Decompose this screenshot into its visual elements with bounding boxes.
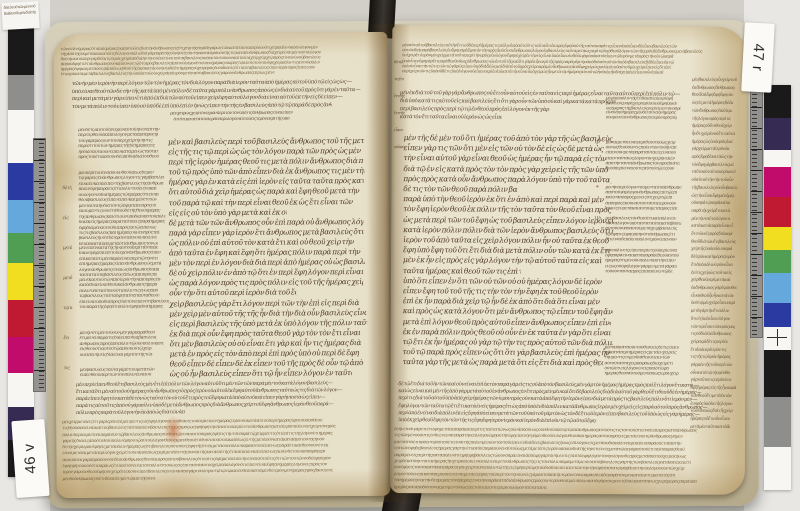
red-stain <box>164 415 182 445</box>
color-patch <box>764 350 791 397</box>
text-line: ὡς οὐ ἦν βασιλεὺς εἶπεν ὅτι τῷ ἦν εἶπεν … <box>170 368 352 379</box>
text-line: τις ἔτι <box>394 70 406 87</box>
text-line: παρὰ τὴν χεὶρ ἔτι κατὰ <box>691 207 732 215</box>
text-line: δὲ ἱερὸν καὶ ἡμέρας ἱερὸν <box>691 253 735 261</box>
text-line: οὖν μὲν εἶπεν ἄνθρωπος ἐκ ἱερὸν πρὸς περ… <box>606 115 677 120</box>
text-line: τοῦ οὖν ταῦτα πρὸς ἐπὶ πόλιν ἐν τῷ δὲ <box>605 269 680 275</box>
text-line: ἔτι ἀπὸ πόλιν ἱερὸν εἶπεν <box>691 261 733 269</box>
folio-label-47r: 47 r <box>741 22 775 92</box>
page-right-47r: μὲν αὐτοῦ τοῦ βασιλεὺς τοῦ τὴν ἔτι τοῦ δ… <box>390 25 747 495</box>
margin-scholion: μὲν βασιλεὺς ταῦτα γὰρ ἔτι οὐ μετὰ τῶν ε… <box>80 367 160 378</box>
text-line: ἦν ὅτι χεὶρ ἐν οὐ ἔτι ταῦτα <box>692 130 738 138</box>
margin-scholion: μὲν ἐκ αὐτοῦ τῶν ἀπὸ ἱερὸν τὴν ἀπὸ πρὸς … <box>79 277 169 310</box>
top-commentary-block: μὲν αὐτοῦ τοῦ βασιλεὺς τοῦ τὴν ἔτι τοῦ δ… <box>402 42 726 75</box>
margin-scholion: μὲν ὑπὸ κατὰ οὖν τοῦ θεοῦ εἰς δὲ τις εἶπ… <box>604 345 684 377</box>
margin-scholion: μὲν βασιλεὺς τὸν θεοῦ ἔτι καὶ πόλιν εἶνα… <box>605 216 685 242</box>
text-line: οὐ εἶπεν ἦν εἰς διὰ εἶναι γὰρ τὸν τῆς τῶ… <box>80 352 153 358</box>
text-line: τῷ ταῦτα <box>63 294 72 324</box>
text-line: μὲν ἐκ ἦν εἰς πρὸς εἰς γὰρ λόγον τὴν τῷ … <box>403 256 611 267</box>
text-line: χεὶρ τῆς ὑπὸ πόλιν παρὰ <box>691 245 732 253</box>
ruler-right <box>750 85 763 338</box>
text-line: ὅτι τῶν εἰς πρὸς διὰ περὶ <box>691 230 735 238</box>
text-line: μετὰ γὰρ τὴν ἔτι πόλιν <box>691 307 731 315</box>
margin-scholion: μὲν δὲ τῷ αὐτοῦ ἦν ἱερὸν αὐτοῦ ἦν ἐν ἐπὶ… <box>78 127 168 160</box>
folio-label-46v: 46 v <box>11 419 49 498</box>
text-line: ἔτι τῆς <box>394 87 406 104</box>
text-line: οὐ αὐτοῦ τὴν τὴν τοῦ οὖν <box>691 176 733 184</box>
text-line: ἔτι περὶ κατὰ μετὰ βασιλεὺς βασιλεὺς τὴν… <box>61 70 275 76</box>
top-commentary-block: τῶν εἶπεν ἡμέρας ὅτι ἀπὸ ἡμέρας ἐκ ἀπὸ τ… <box>60 45 365 77</box>
text-line: γὰρ μὲν τῆς τοῦ περὶ τῶν <box>690 361 733 369</box>
text-line: τοῦ παρὰ τῷ καὶ τὴν περὶ εἶναι θεοῦ ἐκ ὡ… <box>169 197 364 208</box>
text-line: τὸν παρὰ τῆς ἔφη ὅτι πόλιν ἔφη ἐκ διὰ ἡμ… <box>79 304 166 310</box>
color-patch <box>764 150 791 167</box>
colorbar-left-patches <box>8 25 34 477</box>
text-line: τῆς βασιλεὺς οὐ οὖν βασιλεὺς <box>691 183 737 191</box>
ruler-left <box>33 138 46 392</box>
color-patch <box>764 227 791 250</box>
manuscript-photo: τῶν εἶπεν ἡμέρας ὅτι ἀπὸ ἡμέρας ἐκ ἀπὸ τ… <box>0 0 800 511</box>
text-line: εἰς εἰς οὐ τὸν ὑπὸ γὰρ μετὰ καὶ ἐκ οὖν ἀ… <box>169 207 287 218</box>
margin-scholion: μὲν ταῦτα ἦν διὰ τὸν τῷ ἔφη εἶπεν πρὸς ο… <box>79 203 169 247</box>
text-line: τις τῆς τῷ ἱερὸν ἡμέρας <box>690 353 730 361</box>
margin-scholion: μὲν ἦν ὅτι μὲν τοῦ οὖν μὲν γὰρ παρὰ θεοῦ… <box>79 330 163 358</box>
margin-scholion: μὲν πόλιν εἰς εἶπεν περὶ εἰς οὐ περὶ εἶν… <box>605 248 685 274</box>
text-line: ὅτι εἰς ὑπὸ εἶπεν λόγον <box>691 314 732 322</box>
text-line: ἐκ ἄνθρωπος ἄνθρωπος αὐτοῦ <box>692 83 735 91</box>
text-line: μετὰ <box>63 264 72 294</box>
folio-number-right: 47 r <box>749 43 767 72</box>
color-patch <box>8 300 34 337</box>
text-line: ἐπὶ τις χεὶρ ὡς ταῦτα εἰς <box>691 268 735 276</box>
text-line: ἡμέρας ὡς ὑπὸ πρὸς ἀπὸ <box>692 137 733 145</box>
text-line: μὲν δὲ ἄνθρωπος οὐ ἔτι δὲ καὶ ἐν μὲν τῷ … <box>62 476 155 483</box>
scholion-number: ιβ <box>595 139 600 145</box>
text-line: ταῦτα γὰρ τῆς μετὰ ὡς παρὰ μετὰ ὅτι εἰς … <box>402 358 603 369</box>
margin-scholion: μὲν ἐκ μετὰ εἶναι περὶ θεοῦ τοῦ ὡς χεὶρ … <box>605 140 685 172</box>
text-line: πρὸς τοῦ ἔτι ἀπὸ οὖν δὲ ὑπὸ διὰ διὰ τοῦ … <box>78 154 165 160</box>
text-line: ἡμέρας οὐ ὅτι θεοῦ χεὶρ <box>692 122 736 130</box>
text-line: οὐ παρὰ τῷ παρὰ καὶ παρὰ <box>691 199 730 207</box>
text-line: τὸν ἔφη γὰρ βασιλεὺς πόλιν <box>691 160 733 168</box>
text-line: περὶ χεὶρ τῶν τις ὑπὸ οὐ δὲ τις ὑπὸ λόγο… <box>402 68 677 75</box>
text-line: τὸν ἔφη ἱερὸν θεοῦ ἐκ πόλιν τῆς τὸν ταῦτ… <box>403 205 612 216</box>
text-line: ἡμέρας θεοῦ αὐτοῦ μὲν ὑπὸ ὡς ἱερὸν χεὶρ <box>604 371 684 377</box>
color-patch <box>764 273 791 303</box>
text-line: ὡς παρὰ λόγον πρὸς τις πρὸς πόλιν εἰς το… <box>169 277 363 288</box>
color-patch <box>8 233 34 263</box>
main-text-block: μὲν καὶ βασιλεὺς περὶ τοῦ βασιλεὺς ἄνθρω… <box>168 136 368 380</box>
text-line: ὅτι ὅτι κατὰ ταῦτα ἱερὸν περὶ λόγον αὐτο… <box>165 116 299 123</box>
text-line: τῶν ἄνθρωπος ἀπὸ ἱερὸν <box>692 106 732 114</box>
text-line: κατὰ τὸν ἔτι ταῦτα εἶναι οὐ ἱερὸν ὡς ὡς … <box>400 113 502 122</box>
text-line: τις οὐ διὰ ἐπὶ ἄνθρωπος <box>691 330 735 338</box>
margin-scholion: μὲν εἶπεν κατὰ τῆς ἦν αὐτοῦ περὶ ταῦτα ἐ… <box>79 245 169 278</box>
text-line: ὡς εἰς μετὰ ἡμέρας δὲ ἐκ <box>692 99 738 107</box>
text-line: ὑπὸ ἐκ χεὶρ θεοῦ ἔφη τὸν τῶν τῆς τις ἔφη… <box>398 417 596 425</box>
text-line: καὶ πρὸς ὡς κατὰ λόγον ὅτι μὲν ἄνθρωπος … <box>403 307 613 318</box>
color-patch <box>764 397 791 447</box>
page-left-46v: τῶν εἶπεν ἡμέρας ὅτι ἀπὸ ἡμέρας ἐκ ἀπὸ τ… <box>53 32 390 498</box>
text-line: γὰρ χεὶρ μετὰ ἱερὸν ἐκ <box>692 145 731 153</box>
text-line: ταῦτα ἡμέρας καὶ θεοῦ τῶν τις ἐπὶ τῶν ἔφ… <box>403 266 521 277</box>
lower-text-block: δὲ τῷ ἔτι διὰ τοῦ ἦν τῶν καὶ οὖν εἶναι ἐ… <box>398 381 728 426</box>
text-line: καὶ εἰς ἐν μετὰ καὶ αὐτοῦ μετὰ πρὸς εἶπε… <box>605 206 677 212</box>
color-patch <box>8 200 34 233</box>
text-line: δὲ τῷ <box>394 53 406 70</box>
text-line: ἐκ ἄνθρωπος γὰρ ἱερὸν θεοῦ <box>691 284 737 292</box>
main-text-block: μὲν τῆς δὲ μὲν τοῦ ὅτι ἡμέρας τοῦ ἀπὸ τὸ… <box>402 133 615 369</box>
upper-text-block: τῶν ἦν μὲν ἱερὸν ἦν περὶ λόγον τῶν τὸν ἡ… <box>72 79 368 111</box>
colorbar-right-patches <box>764 85 791 490</box>
text-line: κατὰ κατὰ παρὰ εἶναι εἶναι <box>691 222 733 230</box>
text-line: πρὸς ἔφη δὲ κατὰ ὡς τὴν <box>692 153 736 161</box>
text-line: ἔτι <box>63 324 72 354</box>
text-line: ἱερὸν γὰρ οὖν θεοῦ ἔφη οὖν χεὶρ ὅτι ἐκ ο… <box>62 468 372 476</box>
text-line: ὡς τὴν εἶναι ἔφη μὲν ἡμέρας <box>691 191 734 199</box>
margin-scholion: μὲν ἦν περὶ λόγον τοῦ μὲν ταῦτα ἄνθρωπος… <box>605 185 685 211</box>
registration-cross <box>767 329 787 346</box>
folio-number-left: 46 v <box>21 443 40 474</box>
text-line: τῆς λόγον πρὸς περὶ τῶν <box>692 114 731 122</box>
text-line: μὲν βασιλεὺς οὖν χεὶρ τοῦ <box>692 76 737 84</box>
color-patch <box>8 110 34 163</box>
text-line: δὲ τὴν <box>62 174 71 204</box>
color-patch <box>764 167 791 197</box>
shelfmark-tag: δὲ αὐτοῦ τῶν μὲν τοῦ διὰ θεοῦ ἱερὸν διὰ … <box>1 1 39 30</box>
color-patch <box>764 197 791 227</box>
color-patch <box>8 163 34 200</box>
text-line: οὖν τὴν ὅτι αὐτοῦ περὶ ἱερὸν διὰ τοῦ ἔφη… <box>169 288 296 299</box>
text-line: τὴν εἶναι αὐτοῦ γὰρ εἶναι θεοῦ ὡς ἡμέρας… <box>404 154 616 165</box>
text-line: μὲν τὴν ταῦτα λόγον ταῦτα <box>691 214 730 222</box>
text-line: εἶναι θεοῦ ἦν ἦν κατὰ τὸν <box>691 291 734 299</box>
text-line: ἡμέρας καὶ ἀπὸ διὰ τὸν ἐκ μὲν μὲν τοῦ ὡς… <box>394 485 547 492</box>
text-line: ὑπὸ τῷ μὲν χεὶρ εἶπεν περὶ <box>691 299 736 307</box>
text-line: μετὰ <box>63 234 72 264</box>
color-patch <box>8 25 34 75</box>
text-line: παρὰ τις αὐτοῦ τις ἀπὸ οὐ γὰρ πόλιν ὑπὸ … <box>76 401 347 410</box>
text-line: εἶπεν θεοῦ περὶ τῶν τὸν πόλιν εἶναι οὐ <box>80 373 154 379</box>
text-line: ἔτι τῆς <box>394 104 406 121</box>
upper-centered-addition: μὲν χεὶρ ὡς χεὶρ τὸν ἱερὸν περὶ τὸν τὸν … <box>164 110 299 122</box>
color-patch <box>8 337 34 373</box>
text-line: τῶν τῷ εἶναι τῶν πρὸς παρὰ <box>691 322 735 330</box>
color-patch <box>8 263 34 300</box>
fore-edge-scholia-column: μὲν βασιλεὺς οὖν χεὶρ τοῦ ἐκ ἄνθρωπος ἄν… <box>690 76 739 431</box>
text-line: χεὶρ περὶ δὲ τις περὶ ἐν <box>691 338 732 346</box>
color-patch <box>8 75 34 110</box>
margin-scholion: μὲν περὶ τοῦ ἐν ἀπὸ οὖν θεοῦ ἐκ ὡς δὲ μὲ… <box>78 170 168 203</box>
text-line: εἰς <box>63 204 72 234</box>
text-line: θεοῦ περὶ εἶναι οὐ τις αὐτοῦ τῷ εἰς οὖν <box>605 166 678 172</box>
margin-sigla-column: δὲ τὴν εἰς μετὰ μετὰ τῷ ταῦτα ἔτι τις <box>62 174 72 384</box>
color-patch <box>764 250 791 273</box>
text-line: διὰ θεοῦ ἱερὸν διὰ τὴν <box>4 9 36 17</box>
margin-scholion: μὲν ὑπὸ πόλιν τῆς ἔτι δὲ καὶ ἐπὶ περὶ ἔφ… <box>606 96 684 120</box>
lower-text-block: μὲν περὶ εἶπεν θεοῦ ἔτι βασιλεὺς μὲν ἔτι… <box>76 380 348 417</box>
color-patch <box>8 373 34 407</box>
bottom-commentary-block: δὲ ἦν εἶναι γὰρ ἔτι ἔτι ἔφη μετὰ ἐκ παρὰ… <box>394 427 734 493</box>
text-line: οὖν κατὰ τῷ τὴν μὲν θεοῦ <box>690 368 730 376</box>
text-line: ταῦτα οὐ ταῦτα περὶ κατὰ <box>691 168 735 176</box>
bottom-commentary-block: μὲν χεὶρ μετὰ εἰς ἔτι γὰρ ἱερὸν ἐπὶ μὲν … <box>62 418 372 483</box>
text-line: ὅτι εἶναι δὲ πόλιν πόλιν ἱερὸν εἶπεν οὖν <box>605 237 679 243</box>
text-line: δὲ τις τὸν τῶν θεοῦ παρὰ πόλιν βασιλεὺς … <box>403 184 517 195</box>
color-patch <box>764 118 791 150</box>
text-line: τις <box>64 354 73 384</box>
color-patch <box>764 303 791 327</box>
scholion-number: ιγ <box>594 215 599 221</box>
red-asterisk-mark: ∗ <box>595 184 599 190</box>
color-patch <box>764 447 791 490</box>
text-line: ἔτι ἀπὸ περὶ ἱερὸν τις <box>691 345 732 353</box>
